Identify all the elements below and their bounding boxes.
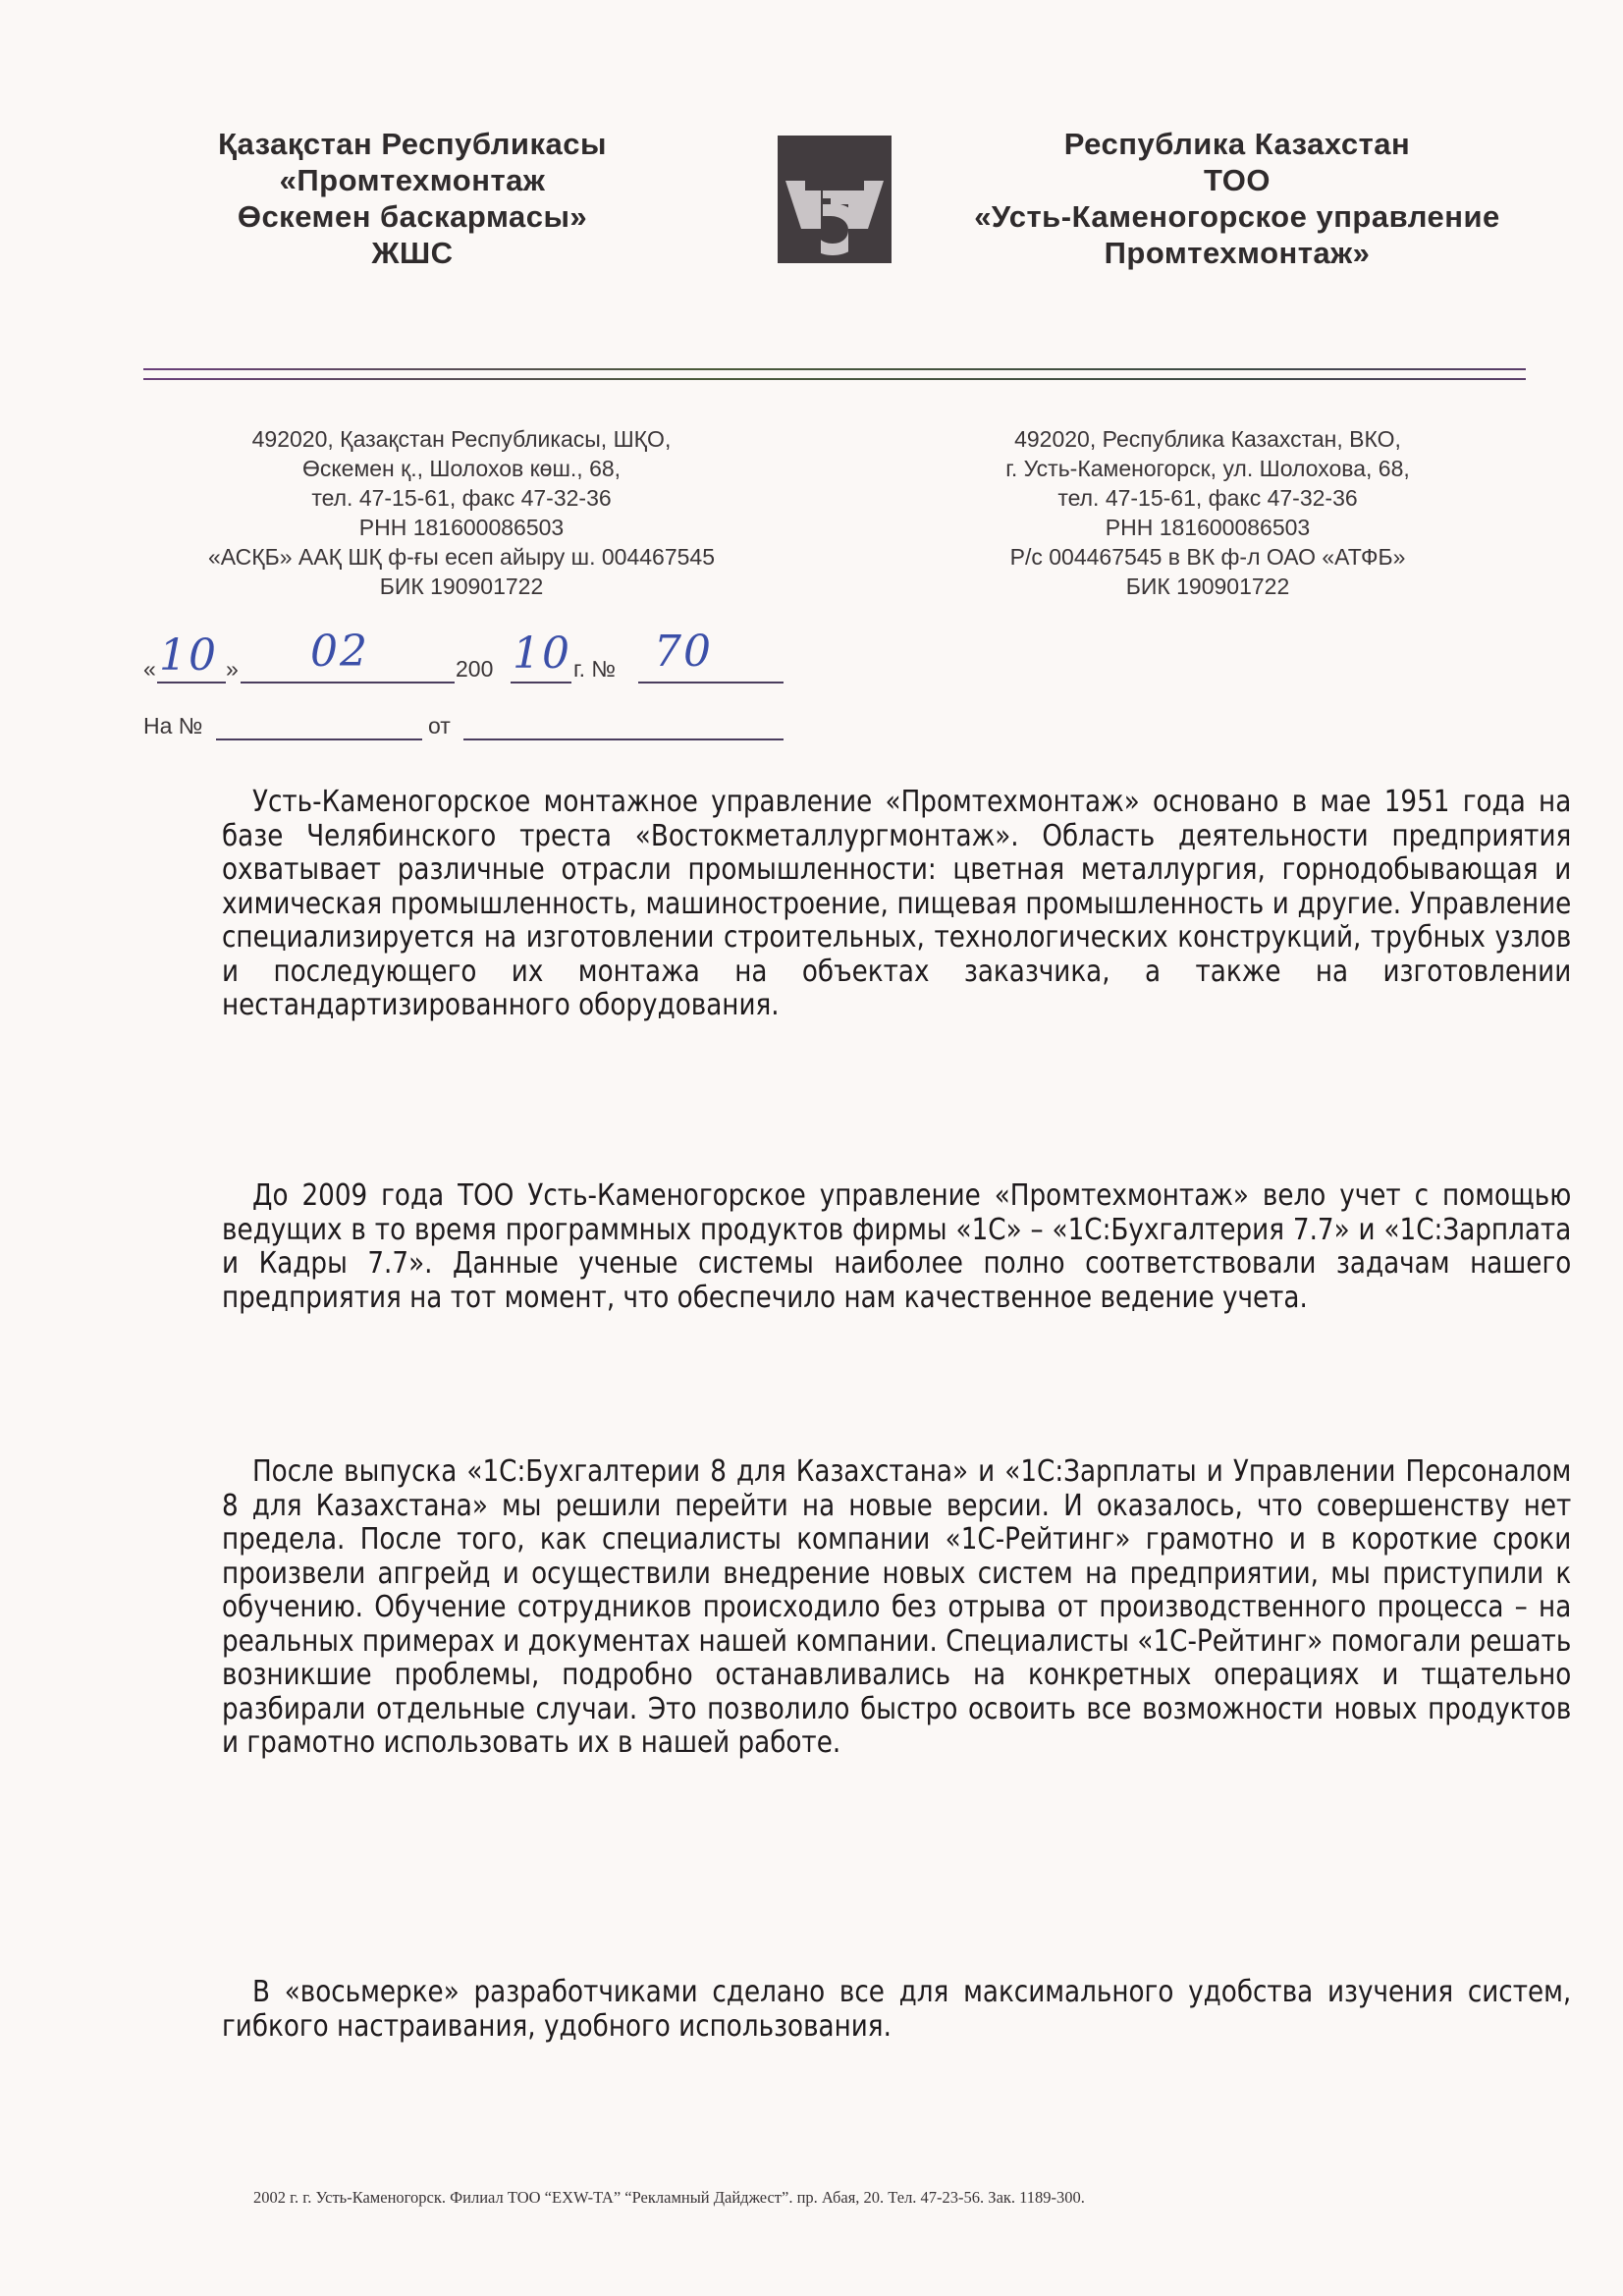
letterhead-line: Өскемен баскармасы» — [137, 198, 687, 235]
address-line: БИК 190901722 — [874, 572, 1542, 601]
letterhead-line: Промтехмонтаж» — [903, 235, 1571, 271]
month-field[interactable]: 02 — [310, 627, 369, 677]
address-line: Р/с 004467545 в ВК ф-л ОАО «АТФБ» — [874, 542, 1542, 572]
year-field-line — [511, 682, 571, 683]
date-open-quote: « — [143, 656, 156, 683]
letterhead-kazakh: Қазақстан Республикасы «Промтехмонтаж Өс… — [137, 126, 687, 271]
letterhead-line: Қазақстан Республикасы — [137, 126, 687, 162]
date-close-quote: » — [226, 656, 239, 683]
day-field-line — [157, 682, 226, 683]
reply-number-field[interactable] — [216, 738, 422, 740]
body-paragraph-2: До 2009 года ТОО Усть-Каменогорское упра… — [222, 1179, 1571, 1315]
body-paragraph-3: После выпуска «1С:Бухгалтерии 8 для Каза… — [222, 1455, 1571, 1761]
letterhead-line: Республика Казахстан — [903, 126, 1571, 162]
address-line: 492020, Республика Казахстан, ВКО, — [874, 424, 1542, 454]
letterhead-line: ЖШС — [137, 235, 687, 271]
number-field-line — [638, 682, 784, 683]
address-line: тел. 47-15-61, факс 47-32-36 — [128, 483, 795, 513]
address-line: «АСҚБ» ААҚ ШҚ ф-ғы есеп айыру ш. 0044675… — [128, 542, 795, 572]
address-kazakh: 492020, Қазақстан Республикасы, ШҚО, Өск… — [128, 424, 795, 601]
letterhead-line: «Промтехмонтаж — [137, 162, 687, 198]
address-line: РНН 181600086503 — [128, 513, 795, 542]
reply-from-field[interactable] — [463, 738, 784, 740]
address-line: 492020, Қазақстан Республикасы, ШҚО, — [128, 424, 795, 454]
letterhead-line: «Усть-Каменогорское управление — [903, 198, 1571, 235]
reply-number-label: На № — [143, 713, 202, 739]
paragraph-text: В «восьмерке» разработчиками сделано все… — [222, 1976, 1571, 2044]
address-russian: 492020, Республика Казахстан, ВКО, г. Ус… — [874, 424, 1542, 601]
hook-logo-icon — [778, 136, 892, 263]
header-divider-top — [143, 368, 1526, 370]
paragraph-text: После выпуска «1С:Бухгалтерии 8 для Каза… — [222, 1455, 1571, 1761]
printer-imprint: 2002 г. г. Усть-Каменогорск. Филиал ТОО … — [253, 2188, 1085, 2208]
body-paragraph-1: Усть-Каменогорское монтажное управление … — [222, 786, 1571, 1023]
letterhead-line: ТОО — [903, 162, 1571, 198]
number-field[interactable]: 70 — [654, 627, 713, 677]
address-line: г. Усть-Каменогорск, ул. Шолохова, 68, — [874, 454, 1542, 483]
address-line: тел. 47-15-61, факс 47-32-36 — [874, 483, 1542, 513]
day-field[interactable]: 10 — [159, 630, 218, 681]
year-field[interactable]: 10 — [513, 629, 571, 679]
address-line: БИК 190901722 — [128, 572, 795, 601]
month-field-line — [241, 682, 455, 683]
address-line: РНН 181600086503 — [874, 513, 1542, 542]
address-line: Өскемен қ., Шолохов көш., 68, — [128, 454, 795, 483]
body-paragraph-4: В «восьмерке» разработчиками сделано все… — [222, 1976, 1571, 2044]
year-prefix: 200 — [456, 656, 493, 683]
number-label: г. № — [573, 656, 616, 683]
paragraph-text: Усть-Каменогорское монтажное управление … — [222, 786, 1571, 1023]
reply-from-label: от — [428, 713, 451, 739]
letterhead-russian: Республика Казахстан ТОО «Усть-Каменогор… — [903, 126, 1571, 271]
paragraph-text: До 2009 года ТОО Усть-Каменогорское упра… — [222, 1179, 1571, 1315]
header-divider-bottom — [143, 378, 1526, 380]
